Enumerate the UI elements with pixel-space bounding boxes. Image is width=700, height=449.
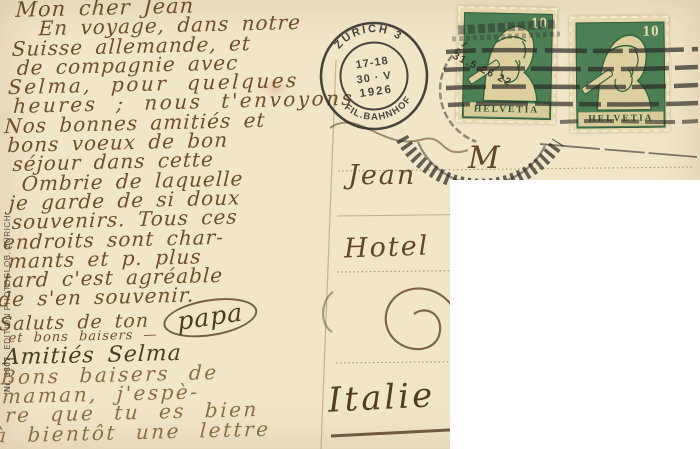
address-name: Jean	[348, 160, 416, 191]
stamp: 10 HELVETIA	[569, 15, 669, 132]
postmark-year: 1926	[359, 84, 394, 101]
white-overlay	[450, 180, 700, 449]
address-name-partial: M	[468, 140, 500, 176]
stamp-country: HELVETIA	[578, 112, 663, 127]
flourish-stroke	[330, 123, 468, 153]
stamp-denomination: 10	[531, 16, 548, 33]
italie-underline	[331, 429, 468, 436]
stamp-frame: 10 HELVETIA	[575, 22, 665, 129]
address-hotel-line: Hotel	[343, 231, 429, 265]
address-country: Italie	[327, 375, 436, 421]
message-line: à bientôt une lettre	[0, 418, 331, 446]
cancel-thin-line	[540, 144, 697, 157]
message-block: Mon cher Jean En voyage, dans notre Suis…	[0, 0, 350, 445]
postcard: Nr. 3307 EDITION PHOTOGLOB, ZÜRICH Mon c…	[0, 0, 700, 449]
stamp-frame: 10 HELVETIA	[462, 12, 553, 120]
postmark-date: 30 · V	[356, 70, 393, 87]
postmark-time: 17-18	[355, 55, 389, 71]
stamp-denomination: 10	[642, 24, 659, 41]
stamp-country: HELVETIA	[464, 102, 549, 118]
stamp: 10 HELVETIA	[456, 6, 557, 124]
